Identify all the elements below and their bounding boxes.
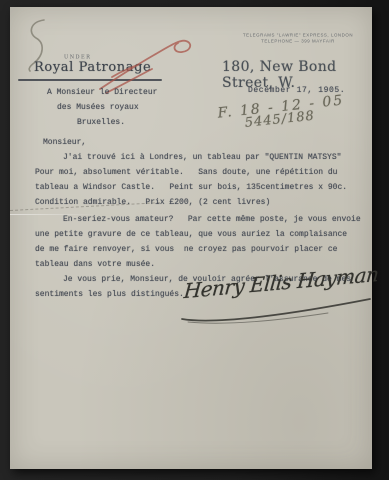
- telephone-line: TELEPHONE — 399 MAYFAIR: [232, 38, 364, 44]
- recipient-line3: Bruxelles.: [77, 115, 125, 130]
- body-paragraph-2: En-seriez-vous amateur? Par cette même p…: [35, 212, 365, 272]
- recipient-line2: des Musées royaux: [57, 100, 139, 115]
- letterhead-telegram-block: TELEGRAMS "LAWRIE" EXPRESS, LONDON TELEP…: [232, 32, 364, 44]
- body-line: Condition admirable. Prix £200, (2 cent …: [35, 195, 365, 210]
- body-line: En-seriez-vous amateur? Par cette même p…: [35, 212, 365, 227]
- patronage-stamp-small-text: UNDER: [64, 54, 91, 60]
- signature-block: Henry Ellis Hayman: [178, 271, 378, 327]
- body-line: tableau a Windsor Castle. Peint sur bois…: [35, 180, 365, 195]
- salutation: Monsieur,: [43, 135, 86, 150]
- body-line: une petite gravure de ce tableau, que vo…: [35, 227, 365, 242]
- scan-background: UNDER Royal Patronage TELEGRAMS "LAWRIE"…: [0, 0, 389, 480]
- signature-flourish-icon: [178, 271, 378, 327]
- registry-handwritten-note: F. 18 - 12 - 05 5445/188: [217, 92, 346, 133]
- body-line: Pour moi, absolument véritable. Sans dou…: [35, 165, 365, 180]
- body-paragraph-1: J'ai trouvé ici à Londres, un tableau pa…: [35, 150, 365, 210]
- body-line: de me faire renvoyer, si vous ne croyez …: [35, 242, 365, 257]
- letter-paper: UNDER Royal Patronage TELEGRAMS "LAWRIE"…: [10, 7, 372, 469]
- body-line: J'ai trouvé ici à Londres, un tableau pa…: [35, 150, 365, 165]
- recipient-line1: A Monsieur le Directeur: [47, 85, 157, 100]
